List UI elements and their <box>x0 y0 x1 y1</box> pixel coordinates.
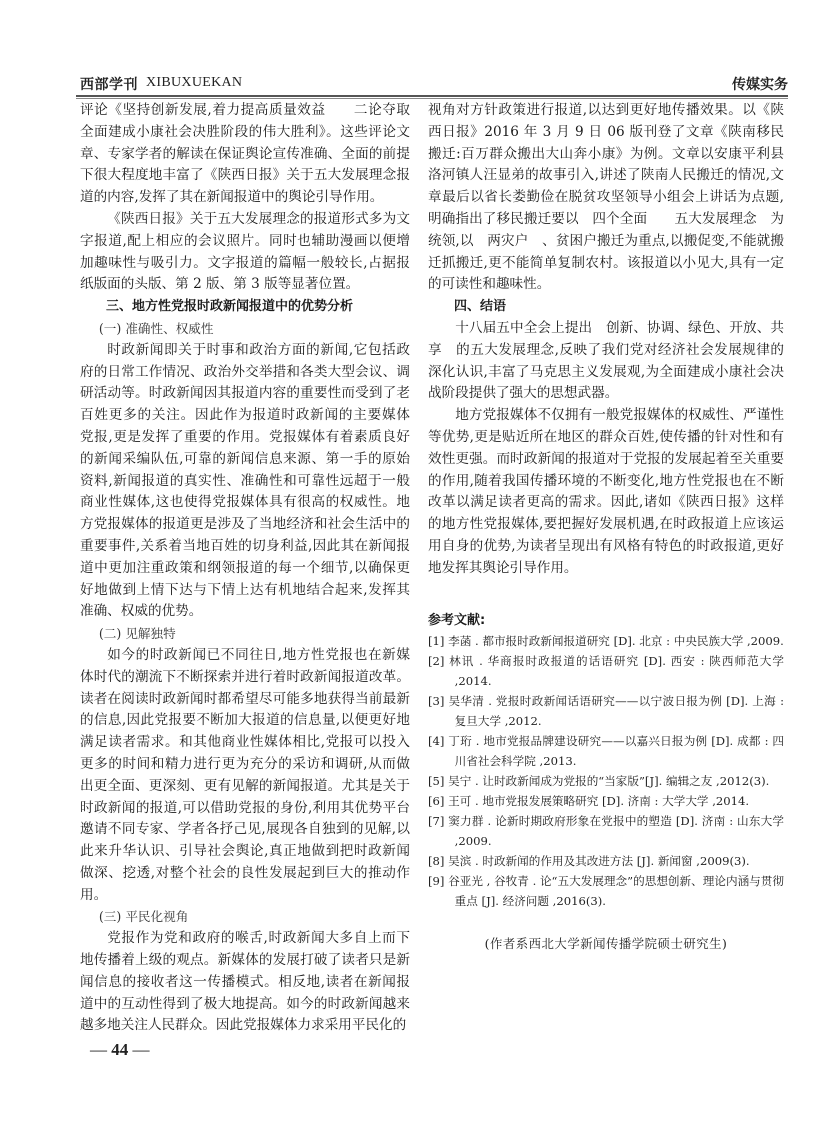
reference-item: [3] 吴华清 . 党报时政新闻话语研究——以宁波日报为例 [D]. 上海 : … <box>428 691 784 731</box>
journal-name: 西部学刊 <box>80 74 138 94</box>
running-header: 西部学刊 XIBUXUEKAN 传媒实务 <box>76 74 788 96</box>
paragraph: 党报作为党和政府的喉舌,时政新闻大多自上而下地传播着上级的观点。新媒体的发展打破… <box>80 928 410 1037</box>
subsection-heading: (二) 见解独特 <box>80 623 410 645</box>
section-name: 传媒实务 <box>732 74 788 94</box>
references-heading: 参考文献: <box>428 610 784 632</box>
reference-item: [7] 窦力群 . 论新时期政府形象在党报中的塑造 [D]. 济南 : 山东大学… <box>428 811 784 851</box>
paragraph: 视角对方针政策进行报道,以达到更好地传播效果。以《陕西日报》2016 年 3 月… <box>428 100 784 296</box>
paragraph: 如今的时政新闻已不同往日,地方性党报也在新媒体时代的潮流下不断探索并进行着时政新… <box>80 645 410 907</box>
paragraph: 评论《坚持创新发展,着力提高质量效益 二论夺取全面建成小康社会决胜阶段的伟大胜利… <box>80 100 410 209</box>
paragraph: 时政新闻即关于时事和政治方面的新闻,它包括政府的日常工作情况、政治外交举措和各类… <box>80 340 410 623</box>
reference-item: [1] 李菡 . 都市报时政新闻报道研究 [D]. 北京 : 中央民族大学 ,2… <box>428 631 784 651</box>
journal-name-en: XIBUXUEKAN <box>146 75 242 91</box>
subsection-heading: (三) 平民化视角 <box>80 906 410 928</box>
reference-item: [4] 丁珩 . 地市党报品牌建设研究——以嘉兴日报为例 [D]. 成都 : 四… <box>428 731 784 771</box>
right-column: 视角对方针政策进行报道,以达到更好地传播效果。以《陕西日报》2016 年 3 月… <box>428 100 784 955</box>
paragraph: 地方党报媒体不仅拥有一般党报媒体的权威性、严谨性等优势,更是贴近所在地区的群众百… <box>428 405 784 579</box>
subsection-heading: (一) 准确性、权威性 <box>80 318 410 340</box>
header-rule-thin <box>76 98 788 99</box>
header-rule <box>76 95 788 97</box>
reference-list: [1] 李菡 . 都市报时政新闻报道研究 [D]. 北京 : 中央民族大学 ,2… <box>428 631 784 911</box>
reference-item: [9] 谷亚光 , 谷牧青 . 论“五大发展理念”的思想创新、理论内涵与贯彻重点… <box>428 871 784 911</box>
section-heading: 三、地方性党报时政新闻报道中的优势分析 <box>80 296 410 318</box>
page-number: — 44 — <box>90 1040 150 1060</box>
reference-item: [2] 林讯 . 华商报时政报道的话语研究 [D]. 西安 : 陕西师范大学 ,… <box>428 651 784 691</box>
reference-item: [8] 吴滨 . 时政新闻的作用及其改进方法 [J]. 新闻窗 ,2009(3)… <box>428 851 784 871</box>
paragraph: 《陕西日报》关于五大发展理念的报道形式多为文字报道,配上相应的会议照片。同时也辅… <box>80 209 410 296</box>
section-heading: 四、结语 <box>428 296 784 318</box>
reference-item: [5] 吴宁 . 让时政新闻成为党报的“当家版”[J]. 编辑之友 ,2012(… <box>428 771 784 791</box>
page-number-value: 44 <box>111 1040 128 1059</box>
reference-item: [6] 王可 . 地市党报发展策略研究 [D]. 济南 : 大学大学 ,2014… <box>428 791 784 811</box>
page-dash-right: — <box>133 1040 150 1059</box>
author-note: (作者系西北大学新闻传播学院硕士研究生) <box>428 933 784 955</box>
page-dash-left: — <box>90 1040 107 1059</box>
paragraph: 十八届五中全会上提出 创新、协调、绿色、开放、共享 的五大发展理念,反映了我们党… <box>428 318 784 405</box>
left-column: 评论《坚持创新发展,着力提高质量效益 二论夺取全面建成小康社会决胜阶段的伟大胜利… <box>80 100 410 1037</box>
